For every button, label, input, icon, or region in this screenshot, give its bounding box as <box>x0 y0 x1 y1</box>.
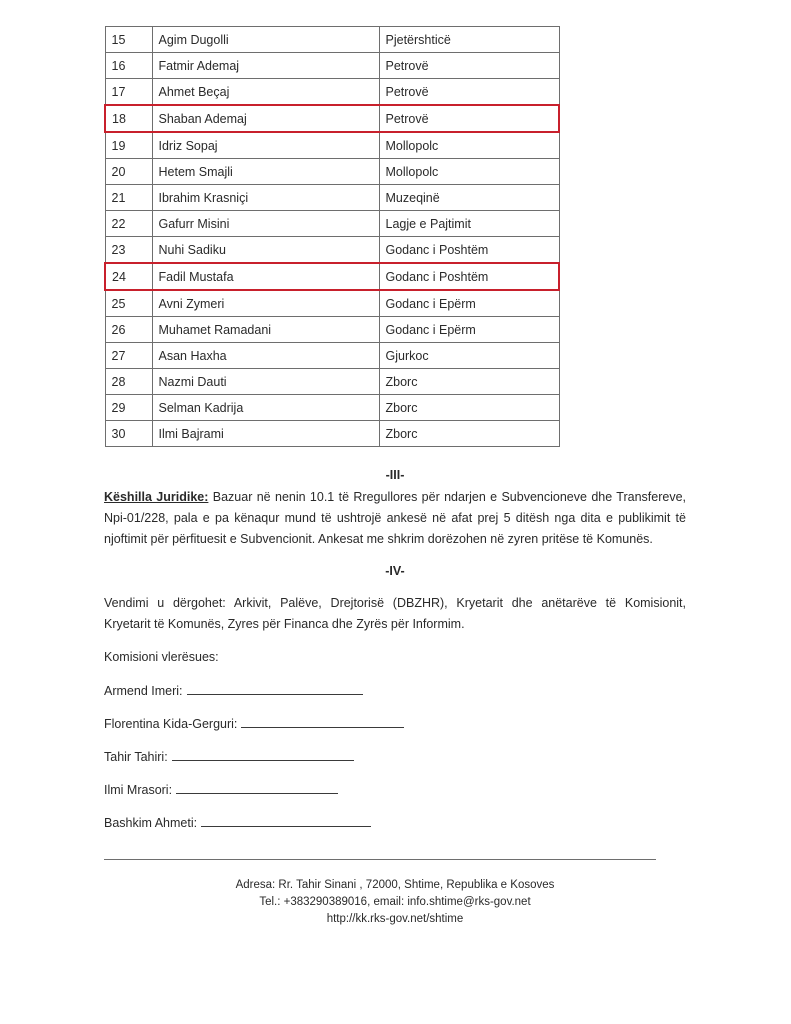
beneficiary-place: Mollopolc <box>379 159 559 185</box>
signature-line <box>241 715 404 728</box>
beneficiary-place: Petrovë <box>379 105 559 132</box>
table-row: 21Ibrahim KrasniçiMuzeqinë <box>105 185 559 211</box>
beneficiary-name: Nazmi Dauti <box>152 369 379 395</box>
legal-advice-line-2: Npi-01/228, pala e pa kënaqur mund të us… <box>104 508 686 529</box>
beneficiary-name: Muhamet Ramadani <box>152 317 379 343</box>
footer-divider <box>104 859 656 860</box>
legal-advice-label: Këshilla Juridike: <box>104 490 208 504</box>
signature-line <box>187 682 363 695</box>
row-number: 18 <box>105 105 152 132</box>
signatory-label: Armend Imeri: <box>104 684 183 698</box>
table-row: 23Nuhi SadikuGodanc i Poshtëm <box>105 237 559 264</box>
beneficiary-place: Godanc i Epërm <box>379 317 559 343</box>
beneficiary-name: Fadil Mustafa <box>152 263 379 290</box>
beneficiary-name: Asan Haxha <box>152 343 379 369</box>
legal-advice-paragraph: Këshilla Juridike: Bazuar në nenin 10.1 … <box>104 487 686 550</box>
table-row: 25Avni ZymeriGodanc i Epërm <box>105 290 559 317</box>
beneficiary-name: Idriz Sopaj <box>152 132 379 159</box>
distribution-line-2: Kryetarit të Komunës, Zyres për Financa … <box>104 614 686 635</box>
legal-advice-line-1: Këshilla Juridike: Bazuar në nenin 10.1 … <box>104 487 686 508</box>
row-number: 16 <box>105 53 152 79</box>
beneficiary-place: Pjetërshticë <box>379 27 559 53</box>
distribution-line-1: Vendimi u dërgohet: Arkivit, Palëve, Dre… <box>104 593 686 614</box>
section-iv-heading: -IV- <box>104 564 686 578</box>
beneficiary-place: Godanc i Epërm <box>379 290 559 317</box>
beneficiary-name: Shaban Ademaj <box>152 105 379 132</box>
table-row: 16Fatmir AdemajPetrovë <box>105 53 559 79</box>
row-number: 20 <box>105 159 152 185</box>
table-row: 17Ahmet BeçajPetrovë <box>105 79 559 106</box>
beneficiary-name: Gafurr Misini <box>152 211 379 237</box>
row-number: 25 <box>105 290 152 317</box>
footer-contact: Tel.: +383290389016, email: info.shtime@… <box>104 894 686 911</box>
beneficiary-place: Mollopolc <box>379 132 559 159</box>
table-row: 15Agim DugolliPjetërshticë <box>105 27 559 53</box>
footer: Adresa: Rr. Tahir Sinani , 72000, Shtime… <box>104 877 686 928</box>
footer-url[interactable]: http://kk.rks-gov.net/shtime <box>104 911 686 928</box>
beneficiary-name: Agim Dugolli <box>152 27 379 53</box>
signature-tahir-tahiri: Tahir Tahiri: <box>104 748 354 764</box>
signature-line <box>172 748 354 761</box>
footer-address: Adresa: Rr. Tahir Sinani , 72000, Shtime… <box>104 877 686 894</box>
table-row: 20Hetem SmajliMollopolc <box>105 159 559 185</box>
signatory-label: Tahir Tahiri: <box>104 750 168 764</box>
signature-bashkim-ahmeti: Bashkim Ahmeti: <box>104 814 371 830</box>
beneficiary-place: Petrovë <box>379 79 559 106</box>
table-row: 28Nazmi DautiZborc <box>105 369 559 395</box>
beneficiary-name: Ibrahim Krasniçi <box>152 185 379 211</box>
beneficiary-place: Godanc i Poshtëm <box>379 237 559 264</box>
beneficiary-name: Fatmir Ademaj <box>152 53 379 79</box>
row-number: 22 <box>105 211 152 237</box>
signature-ilmi-mrasori: Ilmi Mrasori: <box>104 781 338 797</box>
row-number: 28 <box>105 369 152 395</box>
table-row: 30Ilmi BajramiZborc <box>105 421 559 447</box>
beneficiary-place: Petrovë <box>379 53 559 79</box>
row-number: 27 <box>105 343 152 369</box>
beneficiary-name: Avni Zymeri <box>152 290 379 317</box>
table-row: 26Muhamet RamadaniGodanc i Epërm <box>105 317 559 343</box>
signature-florentina-kida-gerguri: Florentina Kida-Gerguri: <box>104 715 404 731</box>
row-number: 21 <box>105 185 152 211</box>
document-page: 15Agim DugolliPjetërshticë16Fatmir Adema… <box>0 0 791 1024</box>
beneficiary-name: Ahmet Beçaj <box>152 79 379 106</box>
beneficiary-place: Zborc <box>379 395 559 421</box>
beneficiary-place: Lagje e Pajtimit <box>379 211 559 237</box>
table-row: 18Shaban AdemajPetrovë <box>105 105 559 132</box>
commission-title: Komisioni vlerësues: <box>104 650 219 664</box>
row-number: 30 <box>105 421 152 447</box>
beneficiary-place: Zborc <box>379 369 559 395</box>
table-row: 24Fadil MustafaGodanc i Poshtëm <box>105 263 559 290</box>
beneficiaries-table: 15Agim DugolliPjetërshticë16Fatmir Adema… <box>104 26 560 447</box>
section-iii-heading: -III- <box>104 468 686 482</box>
beneficiary-name: Nuhi Sadiku <box>152 237 379 264</box>
row-number: 29 <box>105 395 152 421</box>
beneficiary-place: Gjurkoc <box>379 343 559 369</box>
signatory-label: Ilmi Mrasori: <box>104 783 172 797</box>
signature-line <box>201 814 371 827</box>
row-number: 23 <box>105 237 152 264</box>
row-number: 24 <box>105 263 152 290</box>
signatory-label: Florentina Kida-Gerguri: <box>104 717 237 731</box>
table-row: 19Idriz SopajMollopolc <box>105 132 559 159</box>
signature-line <box>176 781 338 794</box>
beneficiary-name: Selman Kadrija <box>152 395 379 421</box>
signatory-label: Bashkim Ahmeti: <box>104 816 197 830</box>
row-number: 17 <box>105 79 152 106</box>
beneficiary-place: Godanc i Poshtëm <box>379 263 559 290</box>
row-number: 19 <box>105 132 152 159</box>
beneficiary-name: Ilmi Bajrami <box>152 421 379 447</box>
table-row: 27Asan HaxhaGjurkoc <box>105 343 559 369</box>
legal-advice-line-3: njoftimit për përfituesit e Subvencionit… <box>104 529 686 550</box>
beneficiary-place: Zborc <box>379 421 559 447</box>
distribution-paragraph: Vendimi u dërgohet: Arkivit, Palëve, Dre… <box>104 593 686 635</box>
table-row: 22Gafurr MisiniLagje e Pajtimit <box>105 211 559 237</box>
table-row: 29Selman KadrijaZborc <box>105 395 559 421</box>
signature-armend-imeri: Armend Imeri: <box>104 682 363 698</box>
beneficiary-name: Hetem Smajli <box>152 159 379 185</box>
row-number: 26 <box>105 317 152 343</box>
row-number: 15 <box>105 27 152 53</box>
beneficiary-place: Muzeqinë <box>379 185 559 211</box>
